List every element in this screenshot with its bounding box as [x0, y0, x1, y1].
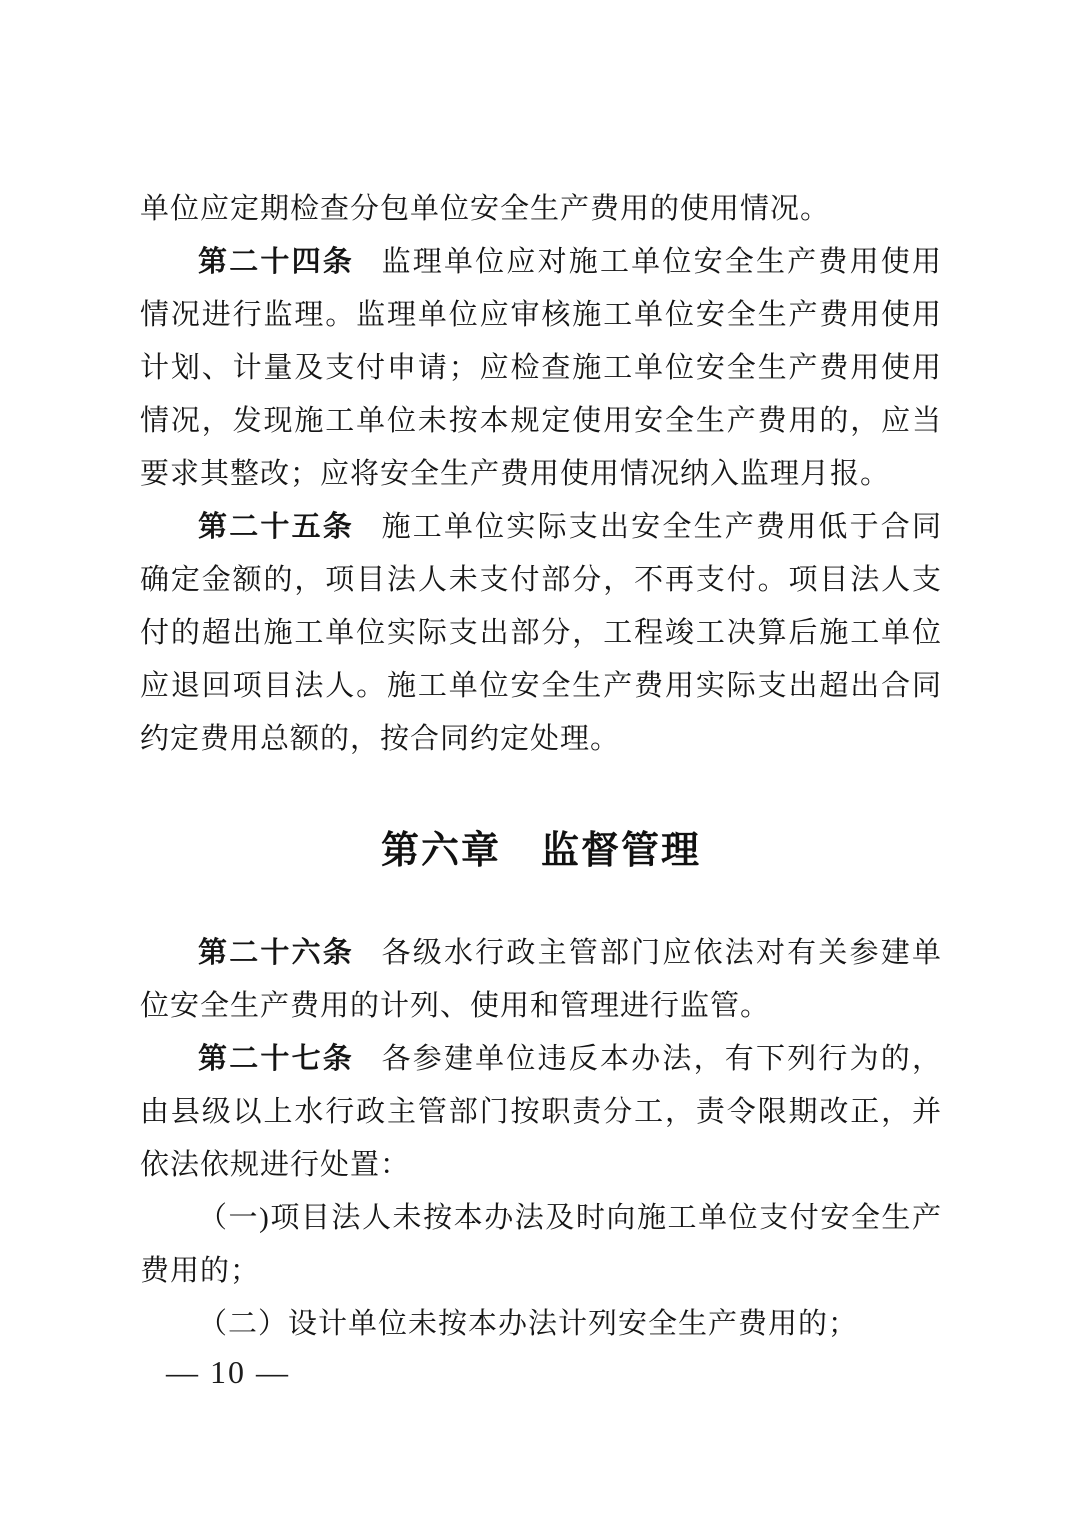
article-24-term: 第二十四条 — [198, 246, 354, 278]
list-item-2: （二）设计单位未按本办法计列安全生产费用的； — [140, 1298, 942, 1351]
article-27-term: 第二十七条 — [198, 1043, 354, 1075]
page-number: — 10 — — [166, 1354, 290, 1390]
document-body: 单位应定期检查分包单位安全生产费用的使用情况。 第二十四条监理单位应对施工单位安… — [140, 183, 942, 1351]
article-25-term: 第二十五条 — [198, 511, 354, 543]
article-24-text: 监理单位应对施工单位安全生产费用使用情况进行监理。监理单位应审核施工单位安全生产… — [140, 246, 942, 490]
list-item-1-text: （一)项目法人未按本办法及时向施工单位支付安全生产费用的； — [140, 1202, 942, 1287]
list-item-2-text: （二）设计单位未按本办法计列安全生产费用的； — [198, 1308, 858, 1340]
article-26-term: 第二十六条 — [198, 937, 354, 969]
chapter-6-heading: 第六章 监督管理 — [140, 825, 942, 878]
list-item-1: （一)项目法人未按本办法及时向施工单位支付安全生产费用的； — [140, 1192, 942, 1298]
paragraph-continuation: 单位应定期检查分包单位安全生产费用的使用情况。 — [140, 183, 942, 236]
article-25-text: 施工单位实际支出安全生产费用低于合同确定金额的，项目法人未支付部分，不再支付。项… — [140, 511, 942, 755]
article-26-paragraph: 第二十六条各级水行政主管部门应依法对有关参建单位安全生产费用的计列、使用和管理进… — [140, 927, 942, 1033]
article-24-paragraph: 第二十四条监理单位应对施工单位安全生产费用使用情况进行监理。监理单位应审核施工单… — [140, 236, 942, 501]
article-25-paragraph: 第二十五条施工单位实际支出安全生产费用低于合同确定金额的，项目法人未支付部分，不… — [140, 501, 942, 766]
document-page: 单位应定期检查分包单位安全生产费用的使用情况。 第二十四条监理单位应对施工单位安… — [0, 0, 1074, 1520]
page-footer: — 10 — — [166, 1352, 290, 1392]
article-27-paragraph: 第二十七条各参建单位违反本办法，有下列行为的，由县级以上水行政主管部门按职责分工… — [140, 1033, 942, 1192]
paragraph-continuation-text: 单位应定期检查分包单位安全生产费用的使用情况。 — [140, 193, 830, 225]
